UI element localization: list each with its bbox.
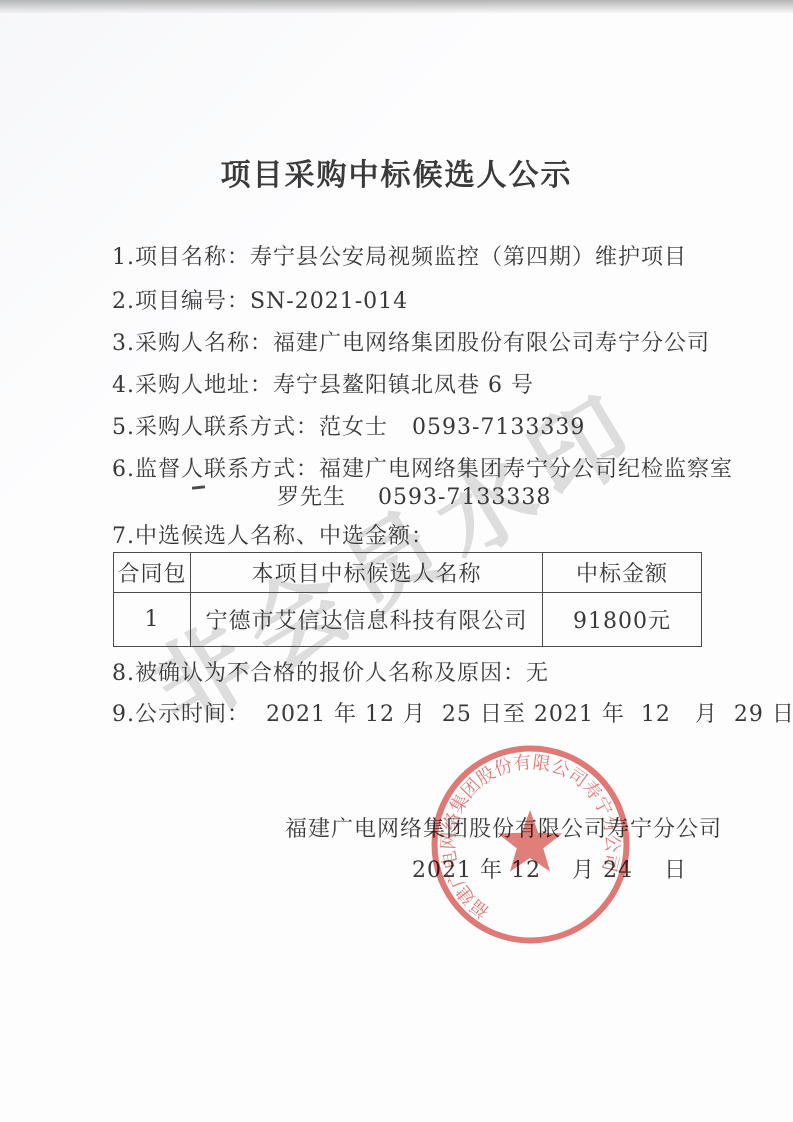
table-header-amount: 中标金额 bbox=[543, 553, 701, 593]
seal-star-icon bbox=[498, 810, 563, 872]
table-cell-candidate: 宁德市艾信达信息科技有限公司 bbox=[191, 593, 543, 646]
item-disqualified: 8.被确认为不合格的报价人名称及原因：无 bbox=[112, 656, 549, 687]
item-purchaser-contact: 5.采购人联系方式：范女士 0593-7133339 bbox=[112, 410, 585, 441]
item-candidate-heading: 7.中选候选人名称、中选金额： bbox=[112, 519, 434, 550]
page-title: 项目采购中标候选人公示 bbox=[0, 150, 793, 194]
item-project-name: 1.项目名称：寿宁县公安局视频监控（第四期）维护项目 bbox=[112, 240, 687, 271]
official-red-seal: 福建广电网络集团股份有限公司寿宁分公司 bbox=[427, 741, 634, 948]
table-header-package: 合同包 bbox=[114, 553, 191, 593]
candidate-table: 合同包 本项目中标候选人名称 中标金额 1 宁德市艾信达信息科技有限公司 918… bbox=[113, 552, 702, 647]
table-cell-package: 1 bbox=[114, 593, 191, 646]
scanned-document-page: 非会员水印 项目采购中标候选人公示 1.项目名称：寿宁县公安局视频监控（第四期）… bbox=[0, 0, 793, 1122]
item-supervisor-contact: 6.监督人联系方式：福建广电网络集团寿宁分公司纪检监察室 bbox=[112, 452, 733, 483]
table-cell-amount: 91800元 bbox=[543, 593, 701, 646]
table-header-candidate: 本项目中标候选人名称 bbox=[191, 553, 543, 593]
scan-dash-artifact bbox=[192, 485, 205, 489]
item-purchaser-address: 4.采购人地址：寿宁县鳌阳镇北凤巷 6 号 bbox=[112, 368, 534, 399]
item-project-number: 2.项目编号：SN-2021-014 bbox=[112, 284, 408, 315]
scan-edge-artifact bbox=[0, 0, 793, 14]
item-publicity-period: 9.公示时间： 2021 年 12 月 25 日至 2021 年 12 月 29… bbox=[112, 697, 793, 728]
item-supervisor-contact-continued: 罗先生 0593-7133338 bbox=[277, 480, 551, 511]
item-purchaser-name: 3.采购人名称：福建广电网络集团股份有限公司寿宁分公司 bbox=[112, 326, 710, 357]
